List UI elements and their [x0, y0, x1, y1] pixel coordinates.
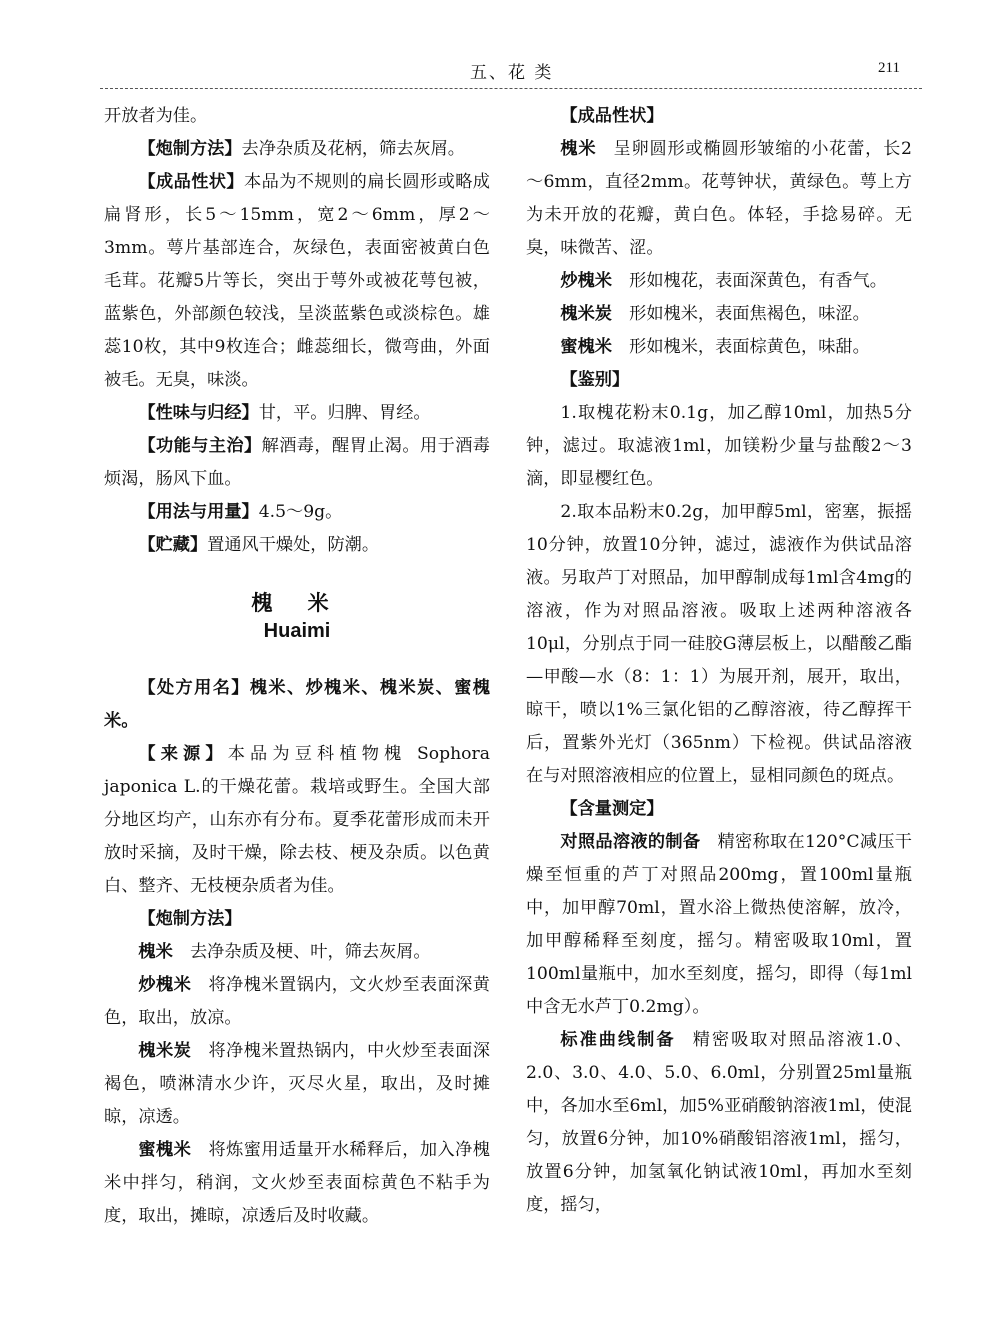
item-name: 炒槐米	[138, 975, 191, 995]
section-label: 【处方用名】	[138, 678, 249, 698]
left-column: 开放者为佳。 【炮制方法】去净杂质及花柄，筛去灰屑。 【成品性状】本品为不规则的…	[104, 100, 490, 1233]
item-text: 形如槐米，表面焦褐色，味涩。	[629, 304, 870, 324]
item-text: 形如槐花，表面深黄色，有香气。	[629, 271, 887, 291]
item-text: 精密吸取对照品溶液1.0、2.0、3.0、4.0、5.0、6.0ml，分别置25…	[526, 1030, 912, 1215]
section-text: 甘，平。归脾、胃经。	[259, 403, 431, 423]
section-text: 去净杂质及花柄，筛去灰屑。	[242, 139, 465, 159]
section-hanliang-label: 【含量测定】	[526, 793, 912, 826]
item-text: 去净杂质及梗、叶，筛去灰屑。	[190, 942, 431, 962]
paozhi-item: 槐米去净杂质及梗、叶，筛去灰屑。	[104, 936, 490, 969]
item-name: 炒槐米	[560, 271, 612, 291]
chengpin-item: 槐米炭形如槐米，表面焦褐色，味涩。	[526, 298, 912, 331]
section-paozhi-2-label: 【炮制方法】	[104, 903, 490, 936]
hanliang-item: 对照品溶液的制备精密称取在120°C减压干燥至恒重的芦丁对照品200mg，置10…	[526, 826, 912, 1024]
section-gongneng: 【功能与主治】解酒毒，醒胃止渴。用于酒毒烦渴，肠风下血。	[104, 430, 490, 496]
item-name: 槐米	[138, 942, 172, 962]
item-text: 形如槐米，表面棕黄色，味甜。	[629, 337, 870, 357]
section-paozhi: 【炮制方法】去净杂质及花柄，筛去灰屑。	[104, 133, 490, 166]
section-label: 【用法与用量】	[138, 502, 258, 522]
section-label: 【炮制方法】	[138, 139, 241, 159]
section-jianbie-label: 【鉴别】	[526, 364, 912, 397]
jianbie-item: 1.取槐花粉末0.1g，加乙醇10ml，加热5分钟，滤过。取滤液1ml，加镁粉少…	[526, 397, 912, 496]
continuation-text: 开放者为佳。	[104, 100, 490, 133]
item-name: 标准曲线制备	[560, 1030, 675, 1050]
section-laiyuan: 【来源】本品为豆科植物槐 Sophora japonica L.的干燥花蕾。栽培…	[104, 738, 490, 903]
paozhi-item: 炒槐米将净槐米置锅内，文火炒至表面深黄色，取出，放凉。	[104, 969, 490, 1035]
section-text: 本品为不规则的扁长圆形或略成扁肾形，长5～15mm，宽2～6mm，厚2～3mm。…	[104, 172, 490, 390]
item-name: 槐米炭	[138, 1041, 191, 1061]
item-name: 槐米	[560, 139, 596, 159]
section-text: 本品为豆科植物槐 Sophora japonica L.的干燥花蕾。栽培或野生。…	[104, 744, 490, 896]
running-title: 五、花 类	[470, 58, 553, 83]
section-yongfa: 【用法与用量】4.5～9g。	[104, 496, 490, 529]
jianbie-item: 2.取本品粉末0.2g，加甲醇5ml，密塞，振摇10分钟，放置10分钟，滤过，滤…	[526, 496, 912, 793]
entry-title: 槐 米	[104, 588, 490, 618]
section-label: 【功能与主治】	[138, 436, 261, 456]
item-name: 蜜槐米	[560, 337, 612, 357]
page-number: 211	[878, 60, 900, 77]
section-label: 【成品性状】	[138, 172, 244, 192]
chengpin-item: 蜜槐米形如槐米，表面棕黄色，味甜。	[526, 331, 912, 364]
section-label: 【来源】	[138, 744, 227, 764]
entry-pinyin: Huaimi	[104, 618, 490, 644]
chengpin-item: 槐米呈卵圆形或椭圆形皱缩的小花蕾，长2～6mm，直径2mm。花萼钟状，黄绿色。萼…	[526, 133, 912, 265]
section-label: 【贮藏】	[138, 535, 207, 555]
section-label: 【性味与归经】	[138, 403, 258, 423]
paozhi-item: 槐米炭将净槐米置热锅内，中火炒至表面深褐色，喷淋清水少许，灭尽火星，取出，及时摊…	[104, 1035, 490, 1134]
right-column: 【成品性状】 槐米呈卵圆形或椭圆形皱缩的小花蕾，长2～6mm，直径2mm。花萼钟…	[526, 100, 912, 1222]
section-zhucang: 【贮藏】置通风干燥处，防潮。	[104, 529, 490, 562]
section-text: 4.5～9g。	[259, 502, 343, 522]
running-header: 五、花 类 211	[100, 58, 922, 88]
paozhi-item: 蜜槐米将炼蜜用适量开水稀释后，加入净槐米中拌匀，稍润，文火炒至表面棕黄色不粘手为…	[104, 1134, 490, 1233]
section-chengpin-label: 【成品性状】	[526, 100, 912, 133]
item-name: 对照品溶液的制备	[560, 832, 700, 852]
section-text: 置通风干燥处，防潮。	[207, 535, 379, 555]
item-name: 蜜槐米	[138, 1140, 191, 1160]
section-chufang: 【处方用名】槐米、炒槐米、槐米炭、蜜槐米。	[104, 672, 490, 738]
item-text: 精密称取在120°C减压干燥至恒重的芦丁对照品200mg，置100ml量瓶中，加…	[526, 832, 912, 1017]
chengpin-item: 炒槐米形如槐花，表面深黄色，有香气。	[526, 265, 912, 298]
hanliang-item: 标准曲线制备精密吸取对照品溶液1.0、2.0、3.0、4.0、5.0、6.0ml…	[526, 1024, 912, 1222]
item-name: 槐米炭	[560, 304, 612, 324]
section-chengpin: 【成品性状】本品为不规则的扁长圆形或略成扁肾形，长5～15mm，宽2～6mm，厚…	[104, 166, 490, 397]
header-rule	[100, 88, 922, 89]
section-xingwei: 【性味与归经】甘，平。归脾、胃经。	[104, 397, 490, 430]
